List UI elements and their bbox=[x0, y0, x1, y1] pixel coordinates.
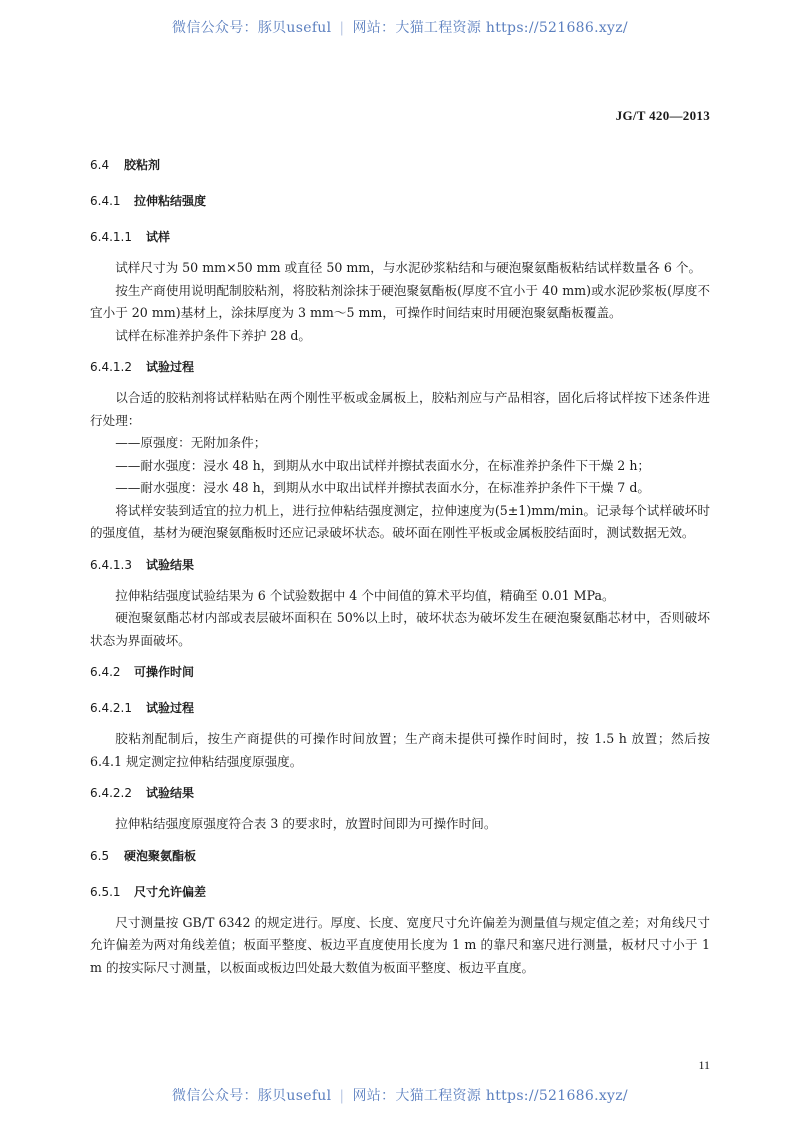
document-body: 6.4胶粘剂 6.4.1拉伸粘结强度 6.4.1.1试样 试样尺寸为 50 mm… bbox=[90, 150, 710, 979]
paragraph: 尺寸测量按 GB/T 6342 的规定进行。厚度、长度、宽度尺寸允许偏差为测量值… bbox=[90, 912, 710, 980]
paragraph: 拉伸粘结强度原强度符合表 3 的要求时，放置时间即为可操作时间。 bbox=[90, 813, 710, 836]
heading-6-5-1: 6.5.1尺寸允许偏差 bbox=[90, 885, 710, 899]
heading-6-4: 6.4胶粘剂 bbox=[90, 158, 710, 172]
paragraph: 拉伸粘结强度试验结果为 6 个试验数据中 4 个中间值的算术平均值，精确至 0.… bbox=[90, 585, 710, 608]
paragraph: 试样尺寸为 50 mm×50 mm 或直径 50 mm，与水泥砂浆粘结和与硬泡聚… bbox=[90, 257, 710, 280]
heading-6-4-1-1: 6.4.1.1试样 bbox=[90, 230, 710, 244]
list-item: ——耐水强度：浸水 48 h，到期从水中取出试样并擦拭表面水分，在标准养护条件下… bbox=[90, 455, 710, 478]
heading-6-4-2-1: 6.4.2.1试验过程 bbox=[90, 701, 710, 715]
paragraph: 将试样安装到适宜的拉力机上，进行拉伸粘结强度测定，拉伸速度为(5±1)mm/mi… bbox=[90, 500, 710, 545]
paragraph: 以合适的胶粘剂将试样粘贴在两个刚性平板或金属板上，胶粘剂应与产品相容，固化后将试… bbox=[90, 387, 710, 432]
heading-6-4-2: 6.4.2可操作时间 bbox=[90, 665, 710, 679]
standard-number: JG/T 420—2013 bbox=[616, 108, 710, 124]
paragraph: 按生产商使用说明配制胶粘剂，将胶粘剂涂抹于硬泡聚氨酯板(厚度不宜小于 40 mm… bbox=[90, 280, 710, 325]
heading-6-4-1-3: 6.4.1.3试验结果 bbox=[90, 558, 710, 572]
watermark-separator: | bbox=[339, 1088, 344, 1104]
page-number: 11 bbox=[698, 1058, 710, 1073]
heading-6-4-1: 6.4.1拉伸粘结强度 bbox=[90, 194, 710, 208]
watermark-website: 网站：大猫工程资源 https://521686.xyz/ bbox=[352, 20, 628, 36]
watermark-wechat: 微信公众号：豚贝useful bbox=[172, 1088, 331, 1104]
list-item: ——原强度：无附加条件； bbox=[90, 432, 710, 455]
paragraph: 试样在标准养护条件下养护 28 d。 bbox=[90, 325, 710, 348]
heading-6-4-1-2: 6.4.1.2试验过程 bbox=[90, 360, 710, 374]
paragraph: 胶粘剂配制后，按生产商提供的可操作时间放置；生产商未提供可操作时间时，按 1.5… bbox=[90, 728, 710, 773]
heading-6-4-2-2: 6.4.2.2试验结果 bbox=[90, 786, 710, 800]
watermark-website: 网站：大猫工程资源 https://521686.xyz/ bbox=[352, 1088, 628, 1104]
watermark-wechat: 微信公众号：豚贝useful bbox=[172, 20, 331, 36]
watermark-top: 微信公众号：豚贝useful|网站：大猫工程资源 https://521686.… bbox=[0, 17, 800, 37]
watermark-separator: | bbox=[339, 20, 344, 36]
watermark-bottom: 微信公众号：豚贝useful|网站：大猫工程资源 https://521686.… bbox=[0, 1085, 800, 1105]
list-item: ——耐水强度：浸水 48 h，到期从水中取出试样并擦拭表面水分，在标准养护条件下… bbox=[90, 477, 710, 500]
heading-6-5: 6.5硬泡聚氨酯板 bbox=[90, 849, 710, 863]
paragraph: 硬泡聚氨酯芯材内部或表层破坏面积在 50%以上时，破坏状态为破坏发生在硬泡聚氨酯… bbox=[90, 607, 710, 652]
